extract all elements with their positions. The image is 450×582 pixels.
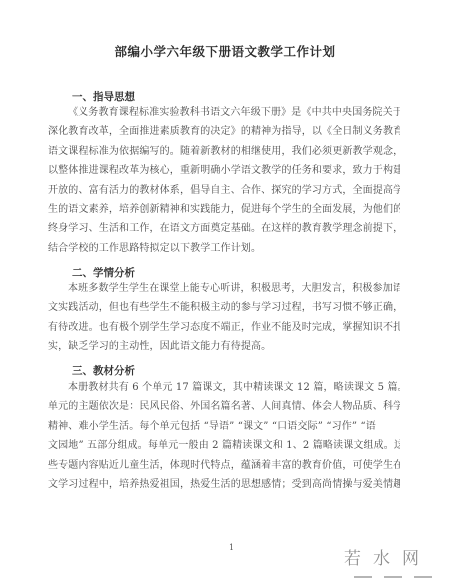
text-line: 深化教育改革，全面推进素质教育的决定》的精神为指导，以《全日制义务教育 <box>48 122 400 141</box>
watermark-logo: 若水网 <box>344 544 431 569</box>
text-line: 单元的主题依次是：民风民俗、外国名篇名著、人间真情、体会人物品质、科学 <box>48 397 400 416</box>
text-line: 文实践活动，但也有些学生不能积极主动的参与学习过程，书写习惯不够正确， <box>48 298 400 317</box>
text-line: 生的语文素养，培养创新精神和实践能力，促进每个学生的全面发展，为他们的 <box>48 200 400 219</box>
text-line: 本班多数学生学生在课堂上能专心听讲，积极思考，大胆发言，积极参加语 <box>48 279 400 298</box>
text-line: 语文课程标准为依据编写的。随着新教材的相继使用，我们必须更新教学观念， <box>48 142 400 161</box>
section-body-student-analysis: 本班多数学生学生在课堂上能专心听讲，积极思考，大胆发言，积极参加语 文实践活动，… <box>48 279 400 357</box>
text-line: 文学习过程中，培养热爱祖国，热爱生活的思想感情；受到高尚情操与爱美情趣的 <box>48 475 400 494</box>
text-line: 文园地” 五部分组成。每单元一般由 2 篇精读课文和 1、2 篇略读课文组成。这 <box>48 436 400 455</box>
document-title: 部编小学六年级下册语文教学工作计划 <box>0 42 450 60</box>
section-heading-textbook-analysis: 三、教材分析 <box>72 363 135 378</box>
section-body-textbook-analysis: 本册教材共有 6 个单元 17 篇课文，其中精读课文 12 篇，略读课文 5 篇… <box>48 378 400 494</box>
text-line: 以整体推进课程改革为核心，重新明确小学语文教学的任务和要求，致力于构建 <box>48 161 400 180</box>
page-number: 1 <box>229 543 234 552</box>
text-line: 结合学校的工作思路特拟定以下教学工作计划。 <box>48 239 400 258</box>
watermark-underline <box>354 576 444 578</box>
text-line: 终身学习、生活和工作，在语文方面奠定基础。在这样的教育教学理念前提下， <box>48 219 400 238</box>
text-line: 精神、难小学生活。每个单元包括 “导语” “课文” “口语交际” “习作” “语 <box>48 417 400 436</box>
text-line: 有待改进。也有极个别学生学习态度不端正，作业不能及时完成，掌握知识不扎 <box>48 318 400 337</box>
text-line: 些专题内容贴近儿童生活，体现时代特点，蕴涵着丰富的教育价值，可使学生在语 <box>48 456 400 475</box>
document-page: 部编小学六年级下册语文教学工作计划 一、指导思想 《义务教育课程标准实验教科书语… <box>0 0 450 582</box>
section-heading-student-analysis: 二、学情分析 <box>72 265 135 280</box>
text-line: 实，缺乏学习的主动性，因此语文能力有待提高。 <box>48 337 400 356</box>
text-line: 《义务教育课程标准实验教科书语文六年级下册》是《中共中央国务院关于 <box>48 103 400 122</box>
text-line: 本册教材共有 6 个单元 17 篇课文，其中精读课文 12 篇，略读课文 5 篇… <box>48 378 400 397</box>
section-heading-guiding-ideology: 一、指导思想 <box>72 89 135 104</box>
text-line: 开放的、富有活力的教材体系，倡导自主、合作、探究的学习方式，全面提高学 <box>48 181 400 200</box>
section-body-guiding-ideology: 《义务教育课程标准实验教科书语文六年级下册》是《中共中央国务院关于 深化教育改革… <box>48 103 400 258</box>
